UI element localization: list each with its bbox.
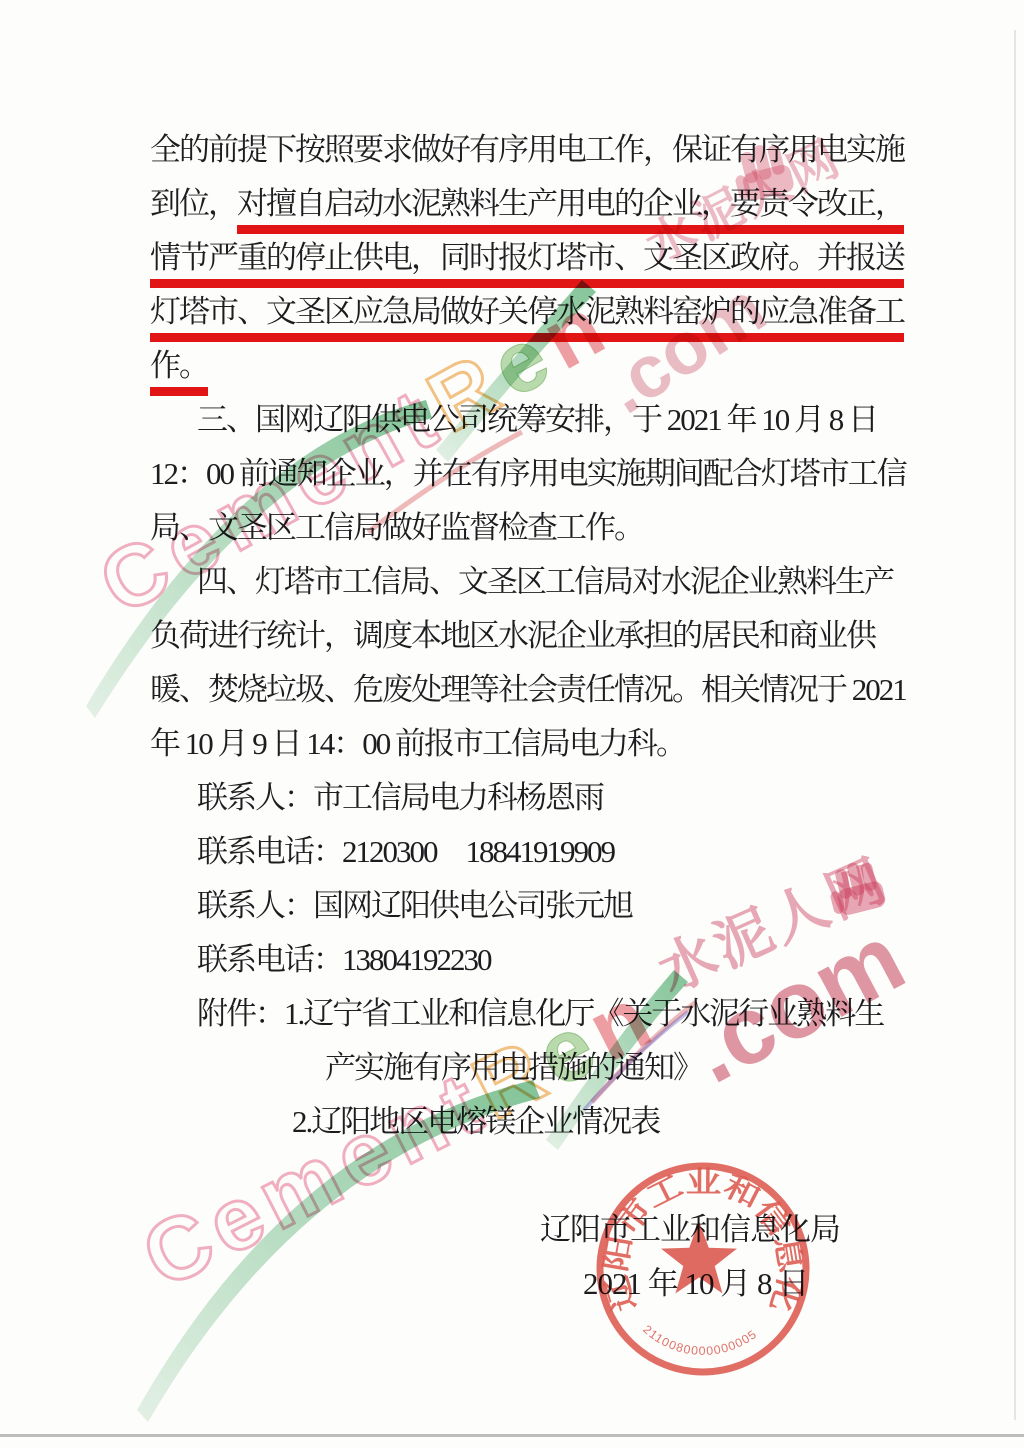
body-line: 灯塔市、文圣区应急局做好关停水泥熟料窑炉的应急准备工	[150, 285, 930, 339]
body-line: 2.辽阳地区电熔镁企业情况表	[150, 1095, 930, 1149]
text-run: 局、文圣区工信局做好监督检查工作。	[150, 510, 643, 545]
text-run: 负荷进行统计，调度本地区水泥企业承担的居民和商业供	[150, 618, 875, 653]
body-line: 联系电话：13804192230	[150, 933, 930, 987]
seal-code-wrap: 2110080000000005	[640, 1322, 759, 1358]
text-run: 联系人：市工信局电力科杨恩雨	[197, 780, 603, 815]
body-line: 年 10 月 9 日 14：00 前报市工信局电力科。	[150, 717, 930, 771]
body-line: 情节严重的停止供电，同时报灯塔市、文圣区政府。并报送	[150, 231, 930, 285]
document-body: 全的前提下按照要求做好有序用电工作，保证有序用电实施到位，对擅自启动水泥熟料生产…	[150, 0, 930, 1149]
text-run: 三、国网辽阳供电公司统筹安排，于 2021 年 10 月 8 日	[197, 402, 877, 437]
body-line: 全的前提下按照要求做好有序用电工作，保证有序用电实施	[150, 123, 930, 177]
text-run: 四、灯塔市工信局、文圣区工信局对水泥企业熟料生产	[197, 564, 893, 599]
text-run: 联系电话：13804192230	[197, 942, 491, 977]
text-run: 全的前提下按照要求做好有序用电工作，保证有序用电实施	[150, 132, 904, 167]
seal-star	[661, 1221, 737, 1293]
text-run: 联系人：国网辽阳供电公司张元旭	[197, 888, 632, 923]
body-line: 产实施有序用电措施的通知》	[150, 1041, 930, 1095]
body-line: 作。	[150, 339, 930, 393]
body-line: 局、文圣区工信局做好监督检查工作。	[150, 501, 930, 555]
underlined-text: 作。	[150, 348, 208, 396]
text-run: 产实施有序用电措施的通知》	[325, 1050, 702, 1085]
text-run: 年 10 月 9 日 14：00 前报市工信局电力科。	[150, 726, 685, 761]
body-line: 附件：1.辽宁省工业和信息化厅《关于水泥行业熟料生	[150, 987, 930, 1041]
text-run: 2.辽阳地区电熔镁企业情况表	[292, 1104, 659, 1139]
seal-code: 2110080000000005	[640, 1322, 759, 1358]
scanned-document-page: CementRen 水泥人网 .com CementRen 水泥人网 .com	[0, 0, 1024, 1448]
underlined-text: 灯塔市、文圣区应急局做好关停水泥熟料窑炉的应急准备工	[150, 294, 904, 342]
body-line: 四、灯塔市工信局、文圣区工信局对水泥企业熟料生产	[150, 555, 930, 609]
text-run: 暖、焚烧垃圾、危废处理等社会责任情况。相关情况于 2021	[150, 672, 906, 707]
body-line: 负荷进行统计，调度本地区水泥企业承担的居民和商业供	[150, 609, 930, 663]
scan-edge-bottom	[0, 1434, 1024, 1437]
body-line: 联系人：市工信局电力科杨恩雨	[150, 771, 930, 825]
official-seal: 辽阳市工业和信息化局 2110080000000005	[583, 1149, 823, 1389]
text-run: 到位，	[150, 186, 237, 221]
body-line: 联系电话：2120300 18841919909	[150, 825, 930, 879]
body-line: 三、国网辽阳供电公司统筹安排，于 2021 年 10 月 8 日	[150, 393, 930, 447]
body-line: 联系人：国网辽阳供电公司张元旭	[150, 879, 930, 933]
body-line: 暖、焚烧垃圾、危废处理等社会责任情况。相关情况于 2021	[150, 663, 930, 717]
text-run: 12：00 前通知企业，并在有序用电实施期间配合灯塔市工信	[150, 456, 906, 491]
text-run: 联系电话：2120300 18841919909	[197, 834, 614, 869]
underlined-text: 情节严重的停止供电，同时报灯塔市、文圣区政府。并报送	[150, 240, 904, 288]
text-run: 附件：1.辽宁省工业和信息化厅《关于水泥行业熟料生	[197, 996, 883, 1031]
body-line: 到位，对擅自启动水泥熟料生产用电的企业，要责令改正，	[150, 177, 930, 231]
underlined-text: 对擅自启动水泥熟料生产用电的企业，要责令改正，	[237, 186, 904, 234]
scan-edge-right	[1014, 30, 1016, 1420]
body-line: 12：00 前通知企业，并在有序用电实施期间配合灯塔市工信	[150, 447, 930, 501]
